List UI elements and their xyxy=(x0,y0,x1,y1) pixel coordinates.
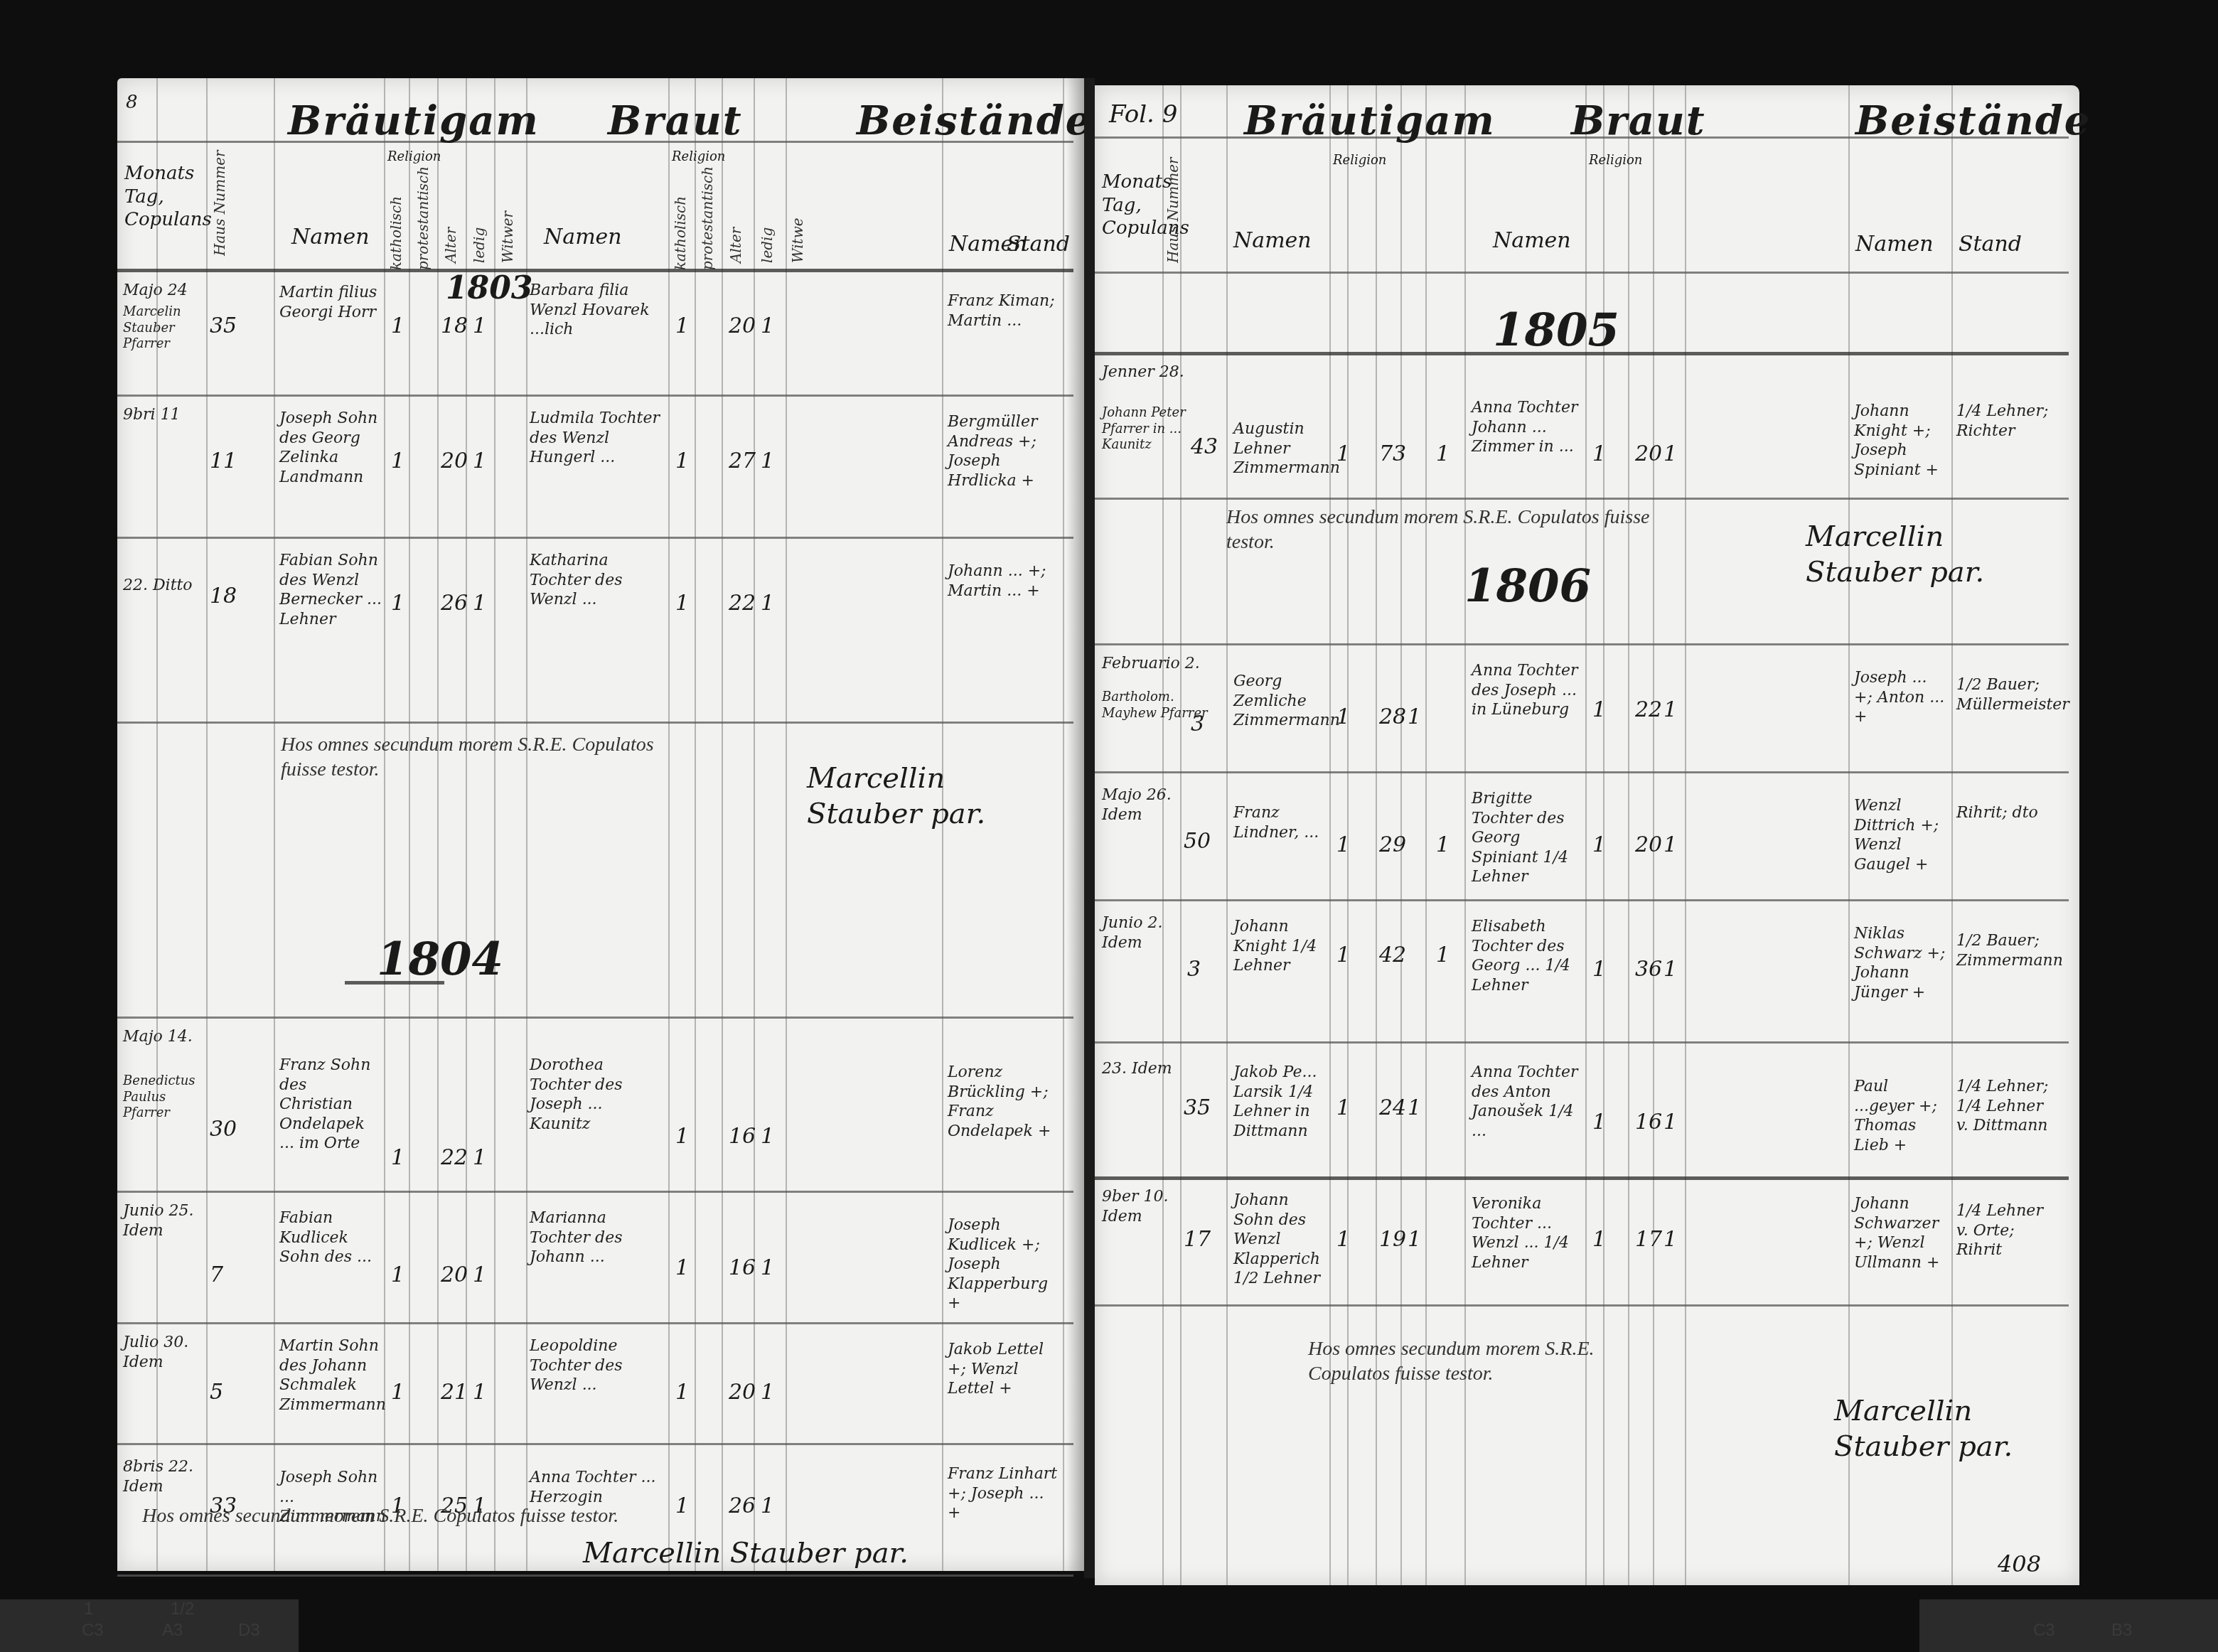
entry-bride-single: 1 xyxy=(1663,441,1677,468)
column-rule xyxy=(1180,85,1182,1585)
entry-bride-name: Anna Tochter des Anton Janoušek 1/4 ... xyxy=(1472,1063,1582,1141)
entry-bride-age: 20 xyxy=(1635,441,1662,468)
entry-bride-name: Anna Tochter Johann ... Zimmer in ... xyxy=(1472,398,1582,457)
film-code: 1 xyxy=(84,1599,93,1619)
film-code: B3 xyxy=(2111,1621,2132,1641)
header-groom-protestant: protestantisch xyxy=(414,192,432,270)
entry-bride-name: Barbara filia Wenzl Hovarek ...lich xyxy=(530,281,665,340)
closing-attestation-1805: Hos omnes secundum morem S.R.E. Copulato… xyxy=(1226,505,1653,554)
entry-bride-single: 1 xyxy=(1663,697,1677,724)
header-witness-status: Stand xyxy=(1959,231,2022,258)
entry-date: Junio 2. Idem xyxy=(1102,913,1180,953)
column-rule xyxy=(274,78,275,1571)
entry-bride-age: 16 xyxy=(729,1255,756,1282)
entry-groom-religion: 1 xyxy=(1336,942,1350,969)
closing-attestation: Hos omnes secundum morem S.R.E. Copulato… xyxy=(281,732,679,782)
entry-date: Majo 26. Idem xyxy=(1102,785,1180,825)
header-groom-name: Namen xyxy=(291,224,370,251)
entry-bride-age: 22 xyxy=(1635,697,1662,724)
film-strip-right xyxy=(1919,1599,2218,1652)
entry-divider xyxy=(117,1575,1073,1577)
entry-house-number: 11 xyxy=(210,448,237,475)
entry-bride-name: Anna Tochter ... Herzogin xyxy=(530,1468,665,1507)
entry-bride-single: 1 xyxy=(1663,956,1677,983)
film-code: C3 xyxy=(82,1621,104,1641)
entry-groom-name: Fabian Kudlicek Sohn des ... xyxy=(279,1208,382,1267)
entry-groom-age: 26 xyxy=(441,590,468,617)
folio-stamp: 408 xyxy=(1998,1550,2041,1578)
entry-house-number: 35 xyxy=(210,313,237,340)
entry-groom-name: Johann Sohn des Wenzl Klapperich 1/2 Leh… xyxy=(1233,1191,1326,1289)
entry-divider xyxy=(1095,899,2069,901)
entry-date: 22. Ditto xyxy=(123,576,205,596)
entry-groom-age: 20 xyxy=(441,1262,468,1289)
header-bride-unmarried: ledig xyxy=(759,149,776,263)
header-bride-catholic: katholisch xyxy=(672,192,689,270)
entry-bride-name: Katharina Tochter des Wenzl ... xyxy=(530,551,665,610)
entry-groom-age: 20 xyxy=(441,448,468,475)
entry-bride-age: 20 xyxy=(729,1379,756,1406)
entry-groom-religion: 1 xyxy=(1336,1095,1350,1122)
header-groom-religion: Religion xyxy=(387,149,441,166)
header-bride-religion: Religion xyxy=(672,149,725,166)
header-groom-religion: Religion xyxy=(1333,153,1386,169)
entry-bride-religion: 1 xyxy=(1592,441,1606,468)
entry-groom-single: 1 xyxy=(473,313,486,340)
entry-groom-name: Georg Zemliche Zimmermann xyxy=(1233,672,1326,731)
column-rule xyxy=(1951,85,1953,1585)
entry-bride-religion: 1 xyxy=(675,448,689,475)
header-house-number: Haus Nummer xyxy=(1164,156,1182,263)
section-rule xyxy=(1095,352,2069,355)
entry-groom-name: Franz Sohn des Christian Ondelapek ... i… xyxy=(279,1056,382,1154)
entry-groom-age: 28 xyxy=(1379,704,1406,731)
entry-bride-single: 1 xyxy=(761,1379,774,1406)
entry-bride-age: 36 xyxy=(1635,956,1662,983)
entry-groom-religion: 1 xyxy=(1336,1226,1350,1253)
column-rule xyxy=(1848,85,1850,1585)
entry-witnesses: Joseph ... +; Anton ... + xyxy=(1854,668,1950,727)
entry-groom-name: Johann Knight 1/4 Lehner xyxy=(1233,917,1326,976)
header-witness-name: Namen xyxy=(1855,231,1934,258)
entry-witness-status: 1/2 Bauer; Zimmermann xyxy=(1956,931,2056,970)
column-rule xyxy=(206,78,208,1571)
entry-groom-name: Fabian Sohn des Wenzl Bernecker ... Lehn… xyxy=(279,551,382,629)
entry-divider xyxy=(1095,771,2069,773)
entry-bride-religion: 1 xyxy=(675,313,689,340)
closing-attestation-1804: Hos omnes secundum morem S.R.E. Copulato… xyxy=(142,1503,853,1528)
entry-witnesses: Jakob Lettel +; Wenzl Lettel + xyxy=(948,1340,1061,1399)
entry-groom-single: 1 xyxy=(473,448,486,475)
header-witnesses: Beistände xyxy=(857,96,1092,146)
header-groom-unmarried: ledig xyxy=(471,149,488,263)
gutter-shadow xyxy=(1066,78,1084,1571)
entry-bride-religion: 1 xyxy=(1592,956,1606,983)
entry-witnesses: Lorenz Brückling +; Franz Ondelapek + xyxy=(948,1063,1061,1141)
entry-bride-religion: 1 xyxy=(675,1255,689,1282)
entry-bride-single: 1 xyxy=(761,1123,774,1150)
entry-bride-age: 27 xyxy=(729,448,756,475)
entry-bride-religion: 1 xyxy=(1592,1226,1606,1253)
entry-bride-religion: 1 xyxy=(1592,832,1606,859)
entry-divider xyxy=(1095,498,2069,500)
entry-bride-single: 1 xyxy=(1663,832,1677,859)
entry-date: Julio 30. Idem xyxy=(123,1333,205,1372)
entry-bride-single: 1 xyxy=(761,590,774,617)
entry-date: Majo 14. xyxy=(123,1027,205,1047)
column-rule xyxy=(409,78,410,1571)
entry-groom-age: 29 xyxy=(1379,832,1406,859)
entry-witnesses: Bergmüller Andreas +; Joseph Hrdlicka + xyxy=(948,412,1061,490)
entry-groom-name: Martin filius Georgi Horr xyxy=(279,283,382,322)
entry-groom-age: 73 xyxy=(1379,441,1406,468)
entry-divider xyxy=(117,722,1073,724)
entry-groom-single: 1 xyxy=(473,1262,486,1289)
entry-bride-religion: 1 xyxy=(675,1123,689,1150)
header-groom: Bräutigam xyxy=(288,96,540,146)
entry-witnesses: Johann Schwarzer +; Wenzl Ullmann + xyxy=(1854,1194,1950,1272)
entry-house-number: 3 xyxy=(1191,711,1204,738)
column-rule xyxy=(1063,78,1064,1571)
entry-date: 8bris 22. Idem xyxy=(123,1457,205,1496)
entry-house-number: 35 xyxy=(1184,1095,1211,1122)
entry-bride-religion: 1 xyxy=(1592,697,1606,724)
header-bottom-rule xyxy=(117,269,1073,272)
entry-groom-religion: 1 xyxy=(391,1379,405,1406)
right-page: Fol. 9 Bräutigam Braut Beistände Monats … xyxy=(1095,85,2079,1585)
entry-bride-name: Marianna Tochter des Johann ... xyxy=(530,1208,665,1267)
film-code: 1/2 xyxy=(171,1599,194,1619)
column-rule xyxy=(722,78,723,1571)
entry-house-number: 3 xyxy=(1187,956,1201,983)
entry-groom-single: 1 xyxy=(1408,704,1421,731)
entry-witnesses: Johann Knight +; Joseph Spiniant + xyxy=(1854,402,1950,480)
entry-bride-name: Leopoldine Tochter des Wenzl ... xyxy=(530,1336,665,1395)
entry-groom-religion: 1 xyxy=(1336,441,1350,468)
entry-groom-religion: 1 xyxy=(391,1262,405,1289)
entry-divider xyxy=(117,1191,1073,1193)
page-number: 8 xyxy=(126,91,138,114)
header-bride-age: Alter xyxy=(727,149,744,263)
entry-divider xyxy=(117,537,1073,539)
column-rule xyxy=(384,78,385,1571)
priest-signature: Marcellin Stauber par. xyxy=(807,761,1020,832)
header-groom-widowed: Witwer xyxy=(499,149,516,263)
entry-groom-widower: 1 xyxy=(1436,942,1450,969)
entry-bride-single: 1 xyxy=(761,313,774,340)
entry-groom-single: 1 xyxy=(1408,1226,1421,1253)
left-page: 8 Bräutigam Braut Beistände Monats Tag, … xyxy=(117,78,1084,1571)
priest-signature-1806: Marcellin Stauber par. xyxy=(1834,1393,2047,1464)
entry-groom-age: 18 xyxy=(441,313,468,340)
entry-bride-name: Brigitte Tochter des Georg Spiniant 1/4 … xyxy=(1472,789,1582,887)
entry-bride-name: Anna Tochter des Joseph ... in Lüneburg xyxy=(1472,661,1582,720)
entry-house-number: 17 xyxy=(1184,1226,1211,1253)
film-code: C3 xyxy=(2033,1621,2055,1641)
entry-date: Jenner 28. xyxy=(1102,363,1226,382)
header-bride-widow: Witwe xyxy=(789,149,806,263)
section-rule xyxy=(1095,643,2069,645)
entry-groom-age: 42 xyxy=(1379,942,1406,969)
entry-groom-religion: 1 xyxy=(391,313,405,340)
entry-divider xyxy=(1095,1176,2069,1180)
entry-bride-name: Dorothea Tochter des Joseph ... Kaunitz xyxy=(530,1056,665,1134)
entry-house-number: 5 xyxy=(210,1379,223,1406)
entry-groom-name: Joseph Sohn des Georg Zelinka Landmann xyxy=(279,409,382,487)
entry-house-number: 30 xyxy=(210,1116,237,1143)
entry-witness-status: 1/4 Lehner; 1/4 Lehner v. Dittmann xyxy=(1956,1077,2056,1136)
header-groom-name: Namen xyxy=(1233,227,1312,254)
book-gutter xyxy=(1084,78,1095,1578)
entry-witness-status: 1/2 Bauer; Müllermeister xyxy=(1956,675,2056,714)
entry-groom-age: 24 xyxy=(1379,1095,1406,1122)
entry-bride-religion: 1 xyxy=(675,590,689,617)
entry-date: 23. Idem xyxy=(1102,1059,1180,1079)
entry-divider xyxy=(117,1443,1073,1445)
entry-witness-status: Rihrit; dto xyxy=(1956,803,2056,823)
entry-bride-single: 1 xyxy=(1663,1226,1677,1253)
entry-bride-age: 20 xyxy=(729,313,756,340)
entry-groom-age: 19 xyxy=(1379,1226,1406,1253)
entry-groom-widower: 1 xyxy=(1436,441,1450,468)
page-number: Fol. 9 xyxy=(1109,100,1177,130)
header-bride-religion: Religion xyxy=(1589,153,1642,169)
header-groom-age: Alter xyxy=(442,149,459,263)
entry-groom-religion: 1 xyxy=(391,1144,405,1171)
year-1803: 1803 xyxy=(446,269,532,308)
entry-witnesses: Paul ...geyer +; Thomas Lieb + xyxy=(1854,1077,1950,1155)
entry-witnesses: Franz Linhart +; Joseph ... + xyxy=(948,1464,1061,1523)
entry-divider xyxy=(1095,1304,2069,1307)
entry-bride-single: 1 xyxy=(761,448,774,475)
header-bottom-rule xyxy=(1095,272,2069,274)
column-rule xyxy=(754,78,755,1571)
section-rule xyxy=(117,1017,1073,1019)
entry-witness-status: 1/4 Lehner v. Orte; Rihrit xyxy=(1956,1201,2056,1260)
entry-groom-single: 1 xyxy=(1408,1095,1421,1122)
entry-house-number: 50 xyxy=(1184,828,1211,855)
entry-bride-age: 20 xyxy=(1635,832,1662,859)
entry-copulans: Benedictus Paulus Pfarrer xyxy=(123,1073,205,1122)
entry-witnesses: Franz Kiman; Martin ... xyxy=(948,291,1061,331)
column-rule xyxy=(1226,85,1228,1585)
entry-groom-name: Jakob Pe... Larsik 1/4 Lehner in Dittman… xyxy=(1233,1063,1326,1141)
header-month-day-copulans: Monats Tag, Copulans xyxy=(124,162,203,232)
entry-bride-name: Veronika Tochter ... Wenzl ... 1/4 Lehne… xyxy=(1472,1194,1582,1272)
entry-divider xyxy=(1095,1041,2069,1044)
entry-groom-religion: 1 xyxy=(1336,832,1350,859)
column-rule xyxy=(1162,85,1164,1585)
entry-bride-religion: 1 xyxy=(675,1379,689,1406)
column-rule xyxy=(668,78,670,1571)
header-bride: Braut xyxy=(1571,96,1706,146)
entry-groom-name: Augustin Lehner Zimmermann xyxy=(1233,419,1326,478)
priest-signature-1805: Marcellin Stauber par. xyxy=(1806,519,2019,590)
header-month-day-copulans: Monats Tag, Copulans xyxy=(1102,171,1166,240)
entry-bride-age: 16 xyxy=(729,1123,756,1150)
entry-date: 9ber 10. Idem xyxy=(1102,1187,1180,1226)
entry-date: Majo 24 xyxy=(123,281,205,301)
entry-bride-religion: 1 xyxy=(1592,1109,1606,1136)
header-house-number: Haus Nummer xyxy=(211,156,228,256)
entry-witness-status: 1/4 Lehner; Richter xyxy=(1956,402,2056,441)
entry-groom-age: 21 xyxy=(441,1379,468,1406)
year-1806: 1806 xyxy=(1464,558,1591,615)
entry-divider xyxy=(117,1322,1073,1324)
header-bride-name: Namen xyxy=(1493,227,1571,254)
entry-witnesses: Joseph Kudlicek +; Joseph Klapperburg + xyxy=(948,1216,1061,1314)
header-groom: Bräutigam xyxy=(1244,96,1496,146)
header-witnesses: Beistände xyxy=(1855,96,2091,146)
header-groom-catholic: katholisch xyxy=(387,192,405,270)
priest-signature-1804: Marcellin Stauber par. xyxy=(583,1535,909,1571)
entry-witnesses: Johann ... +; Martin ... + xyxy=(948,562,1061,601)
year-underline xyxy=(345,981,444,985)
entry-groom-religion: 1 xyxy=(391,448,405,475)
entry-bride-age: 16 xyxy=(1635,1109,1662,1136)
header-witness-status: Stand xyxy=(1007,231,1070,258)
entry-groom-single: 1 xyxy=(473,1379,486,1406)
film-code: D3 xyxy=(238,1621,260,1641)
header-bride: Braut xyxy=(608,96,743,146)
entry-copulans: Marcelin Stauber Pfarrer xyxy=(123,304,205,353)
entry-groom-age: 22 xyxy=(441,1144,468,1171)
column-rule xyxy=(786,78,787,1571)
header-bride-name: Namen xyxy=(544,224,622,251)
column-rule xyxy=(695,78,696,1571)
year-1804: 1804 xyxy=(377,931,503,988)
entry-bride-age: 22 xyxy=(729,590,756,617)
column-rule xyxy=(1685,85,1686,1585)
closing-attestation-1806: Hos omnes secundum morem S.R.E. Copulato… xyxy=(1308,1336,1663,1386)
year-1805: 1805 xyxy=(1493,302,1619,359)
entry-bride-single: 1 xyxy=(1663,1109,1677,1136)
header-bride-protestant: protestantisch xyxy=(699,192,716,270)
entry-groom-single: 1 xyxy=(473,1144,486,1171)
entry-witnesses: Wenzl Dittrich +; Wenzl Gaugel + xyxy=(1854,796,1950,874)
entry-house-number: 43 xyxy=(1191,434,1218,461)
entry-groom-single: 1 xyxy=(473,590,486,617)
film-code: A3 xyxy=(162,1621,183,1641)
column-rule xyxy=(437,78,439,1571)
entry-groom-name: Franz Lindner, ... xyxy=(1233,803,1326,842)
entry-bride-single: 1 xyxy=(761,1255,774,1282)
entry-date: Junio 25. Idem xyxy=(123,1201,205,1240)
entry-bride-age: 17 xyxy=(1635,1226,1662,1253)
entry-witnesses: Niklas Schwarz +; Johann Jünger + xyxy=(1854,924,1950,1002)
entry-groom-religion: 1 xyxy=(391,590,405,617)
entry-groom-religion: 1 xyxy=(1336,704,1350,731)
entry-copulans: Bartholom. Mayhew Pfarrer xyxy=(1102,690,1226,722)
entry-date: Februario 2. xyxy=(1102,654,1226,674)
entry-groom-widower: 1 xyxy=(1436,832,1450,859)
entry-house-number: 18 xyxy=(210,583,237,610)
entry-groom-name: Martin Sohn des Johann Schmalek Zimmerma… xyxy=(279,1336,382,1415)
entry-divider xyxy=(117,395,1073,397)
entry-bride-name: Elisabeth Tochter des Georg ... 1/4 Lehn… xyxy=(1472,917,1582,995)
entry-bride-name: Ludmila Tochter des Wenzl Hungerl ... xyxy=(530,409,665,468)
entry-house-number: 7 xyxy=(210,1262,223,1289)
entry-date: 9bri 11 xyxy=(123,405,205,425)
